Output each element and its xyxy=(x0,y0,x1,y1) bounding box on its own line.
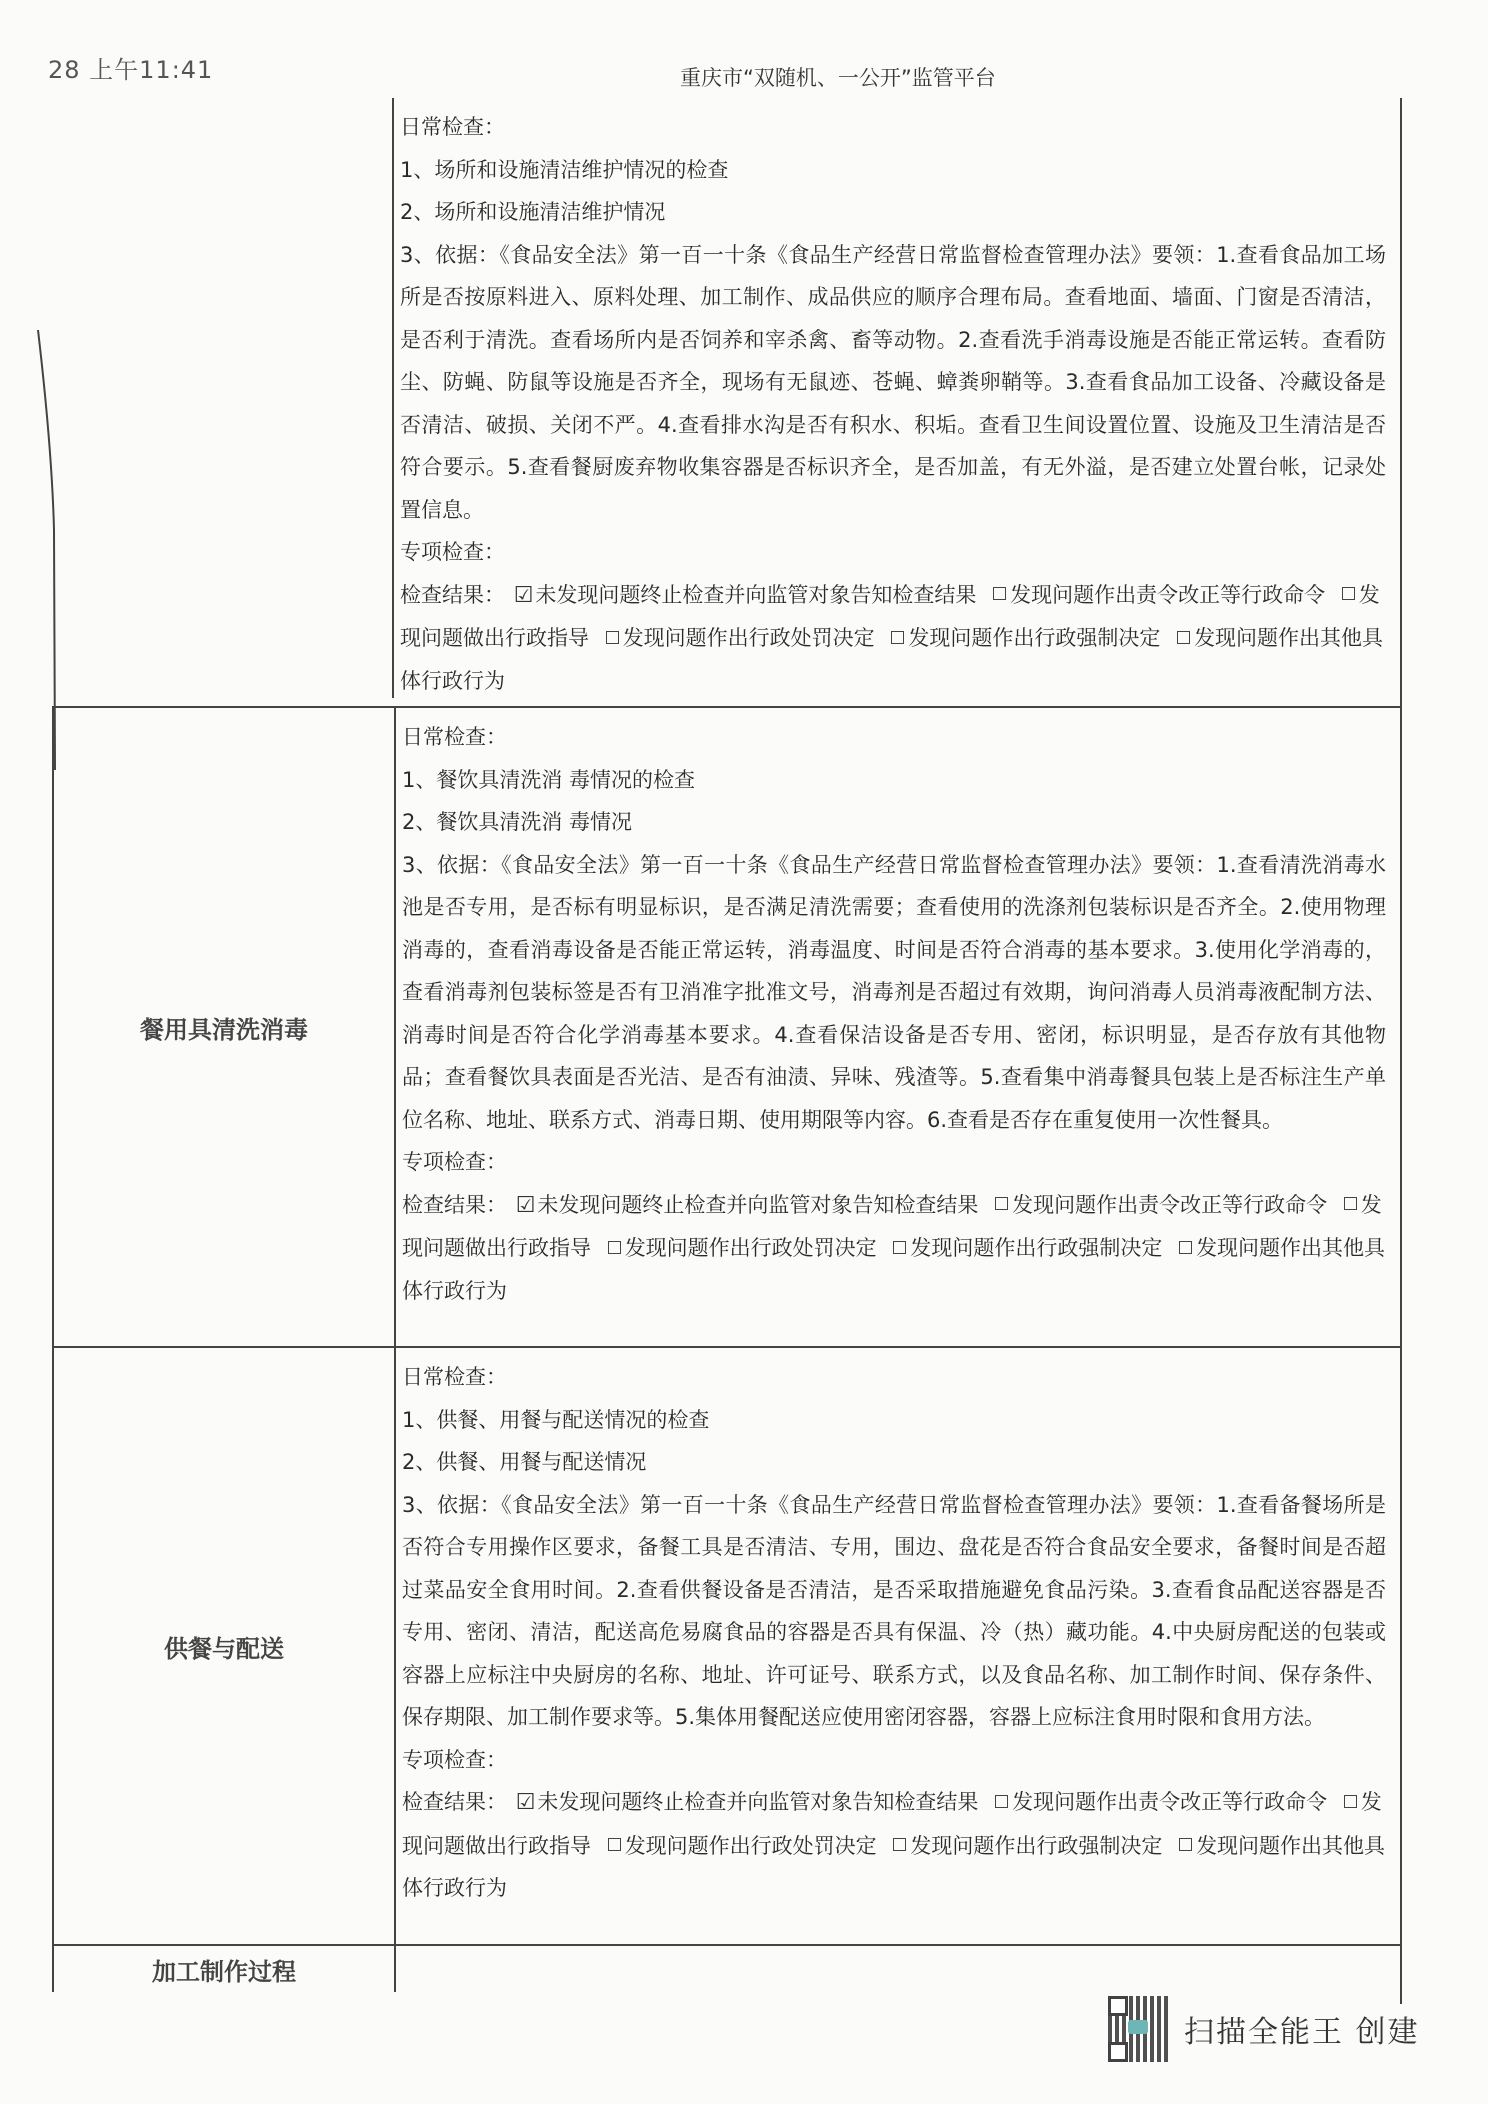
special-check-heading: 专项检查： xyxy=(402,1141,1386,1184)
row-content: 日常检查： 1、餐饮具清洗消 毒情况的检查 2、餐饮具清洗消 毒情况 3、依据：… xyxy=(396,708,1402,1346)
inspection-row-tableware-disinfection: 餐用具清洗消毒 日常检查： 1、餐饮具清洗消 毒情况的检查 2、餐饮具清洗消 毒… xyxy=(52,708,1402,1348)
result-option-no-issue: 未发现问题终止检查并向监管对象告知检查结果 xyxy=(535,583,976,607)
checkmark-icon[interactable]: ☑ xyxy=(516,1193,536,1218)
check-basis-text: 3、依据：《食品安全法》第一百一十条《食品生产经营日常监督检查管理办法》要领：1… xyxy=(402,1484,1386,1739)
row-content: 日常检查： 1、场所和设施清洁维护情况的检查 2、场所和设施清洁维护情况 3、依… xyxy=(394,98,1402,706)
checkbox-order-correction[interactable] xyxy=(995,1197,1008,1210)
checkbox-order-correction[interactable] xyxy=(993,587,1006,600)
check-result-label: 检查结果： xyxy=(402,1790,507,1814)
result-option-admin-enforcement: 发现问题作出行政强制决定 xyxy=(910,1236,1162,1260)
daily-check-heading: 日常检查： xyxy=(400,106,1386,149)
check-result: 检查结果： ☑未发现问题终止检查并向监管对象告知检查结果 发现问题作出责令改正等… xyxy=(400,574,1386,703)
check-item-2: 2、餐饮具清洗消 毒情况 xyxy=(402,801,1386,844)
check-item-2: 2、供餐、用餐与配送情况 xyxy=(402,1441,1386,1484)
checkbox-other-action[interactable] xyxy=(1179,1241,1192,1254)
check-item-1: 1、供餐、用餐与配送情况的检查 xyxy=(402,1399,1386,1442)
checkmark-icon[interactable]: ☑ xyxy=(516,1790,536,1815)
checkbox-other-action[interactable] xyxy=(1177,631,1190,644)
checkbox-admin-guidance[interactable] xyxy=(1342,587,1355,600)
inspection-table: 日常检查： 1、场所和设施清洁维护情况的检查 2、场所和设施清洁维护情况 3、依… xyxy=(52,98,1402,2004)
inspection-row-meal-delivery: 供餐与配送 日常检查： 1、供餐、用餐与配送情况的检查 2、供餐、用餐与配送情况… xyxy=(52,1348,1402,1946)
checkbox-order-correction[interactable] xyxy=(995,1795,1008,1808)
result-option-admin-penalty: 发现问题作出行政处罚决定 xyxy=(623,626,875,650)
check-result-label: 检查结果： xyxy=(400,583,505,607)
check-result: 检查结果： ☑未发现问题终止检查并向监管对象告知检查结果 发现问题作出责令改正等… xyxy=(402,1184,1386,1313)
result-option-no-issue: 未发现问题终止检查并向监管对象告知检查结果 xyxy=(537,1193,978,1217)
qr-code-icon xyxy=(1108,1996,1168,2062)
checkmark-icon[interactable]: ☑ xyxy=(514,583,534,608)
row-label-tableware-disinfection: 餐用具清洗消毒 xyxy=(52,708,396,1346)
checkbox-admin-penalty[interactable] xyxy=(606,631,619,644)
checkbox-admin-enforcement[interactable] xyxy=(893,1241,906,1254)
result-option-admin-enforcement: 发现问题作出行政强制决定 xyxy=(910,1834,1162,1858)
watermark-text: 扫描全能王 创建 xyxy=(1184,2007,1420,2051)
row-label-meal-delivery: 供餐与配送 xyxy=(52,1348,396,1944)
inspection-row-facility-cleaning: 日常检查： 1、场所和设施清洁维护情况的检查 2、场所和设施清洁维护情况 3、依… xyxy=(52,98,1402,708)
result-option-order-correction: 发现问题作出责令改正等行政命令 xyxy=(1012,1790,1327,1814)
scanner-watermark: 扫描全能王 创建 xyxy=(1108,1996,1420,2062)
daily-check-heading: 日常检查： xyxy=(402,716,1386,759)
check-item-1: 1、场所和设施清洁维护情况的检查 xyxy=(400,149,1386,192)
result-option-order-correction: 发现问题作出责令改正等行政命令 xyxy=(1012,1193,1327,1217)
result-option-admin-penalty: 发现问题作出行政处罚决定 xyxy=(625,1834,877,1858)
checkbox-admin-penalty[interactable] xyxy=(608,1838,621,1851)
result-option-no-issue: 未发现问题终止检查并向监管对象告知检查结果 xyxy=(537,1790,978,1814)
check-item-2: 2、场所和设施清洁维护情况 xyxy=(400,191,1386,234)
checkbox-other-action[interactable] xyxy=(1179,1838,1192,1851)
daily-check-heading: 日常检查： xyxy=(402,1356,1386,1399)
row-label-processing: 加工制作过程 xyxy=(52,1946,396,1992)
result-option-admin-enforcement: 发现问题作出行政强制决定 xyxy=(908,626,1160,650)
checkbox-admin-guidance[interactable] xyxy=(1344,1197,1357,1210)
check-result: 检查结果： ☑未发现问题终止检查并向监管对象告知检查结果 发现问题作出责令改正等… xyxy=(402,1781,1386,1910)
check-basis-text: 3、依据：《食品安全法》第一百一十条《食品生产经营日常监督检查管理办法》要领：1… xyxy=(400,234,1386,532)
page-header-title: 重庆市“双随机、一公开”监管平台 xyxy=(680,62,996,92)
check-result-label: 检查结果： xyxy=(402,1193,507,1217)
special-check-heading: 专项检查： xyxy=(402,1739,1386,1782)
row-content: 日常检查： 1、供餐、用餐与配送情况的检查 2、供餐、用餐与配送情况 3、依据：… xyxy=(396,1348,1402,1944)
result-option-admin-penalty: 发现问题作出行政处罚决定 xyxy=(625,1236,877,1260)
check-basis-text: 3、依据：《食品安全法》第一百一十条《食品生产经营日常监督检查管理办法》要领：1… xyxy=(402,844,1386,1142)
special-check-heading: 专项检查： xyxy=(400,531,1386,574)
result-option-order-correction: 发现问题作出责令改正等行政命令 xyxy=(1010,583,1325,607)
checkbox-admin-penalty[interactable] xyxy=(608,1241,621,1254)
print-timestamp: 28 上午11:41 xyxy=(48,50,213,85)
checkbox-admin-guidance[interactable] xyxy=(1344,1795,1357,1808)
row-label xyxy=(52,98,394,698)
checkbox-admin-enforcement[interactable] xyxy=(891,631,904,644)
check-item-1: 1、餐饮具清洗消 毒情况的检查 xyxy=(402,759,1386,802)
checkbox-admin-enforcement[interactable] xyxy=(893,1838,906,1851)
